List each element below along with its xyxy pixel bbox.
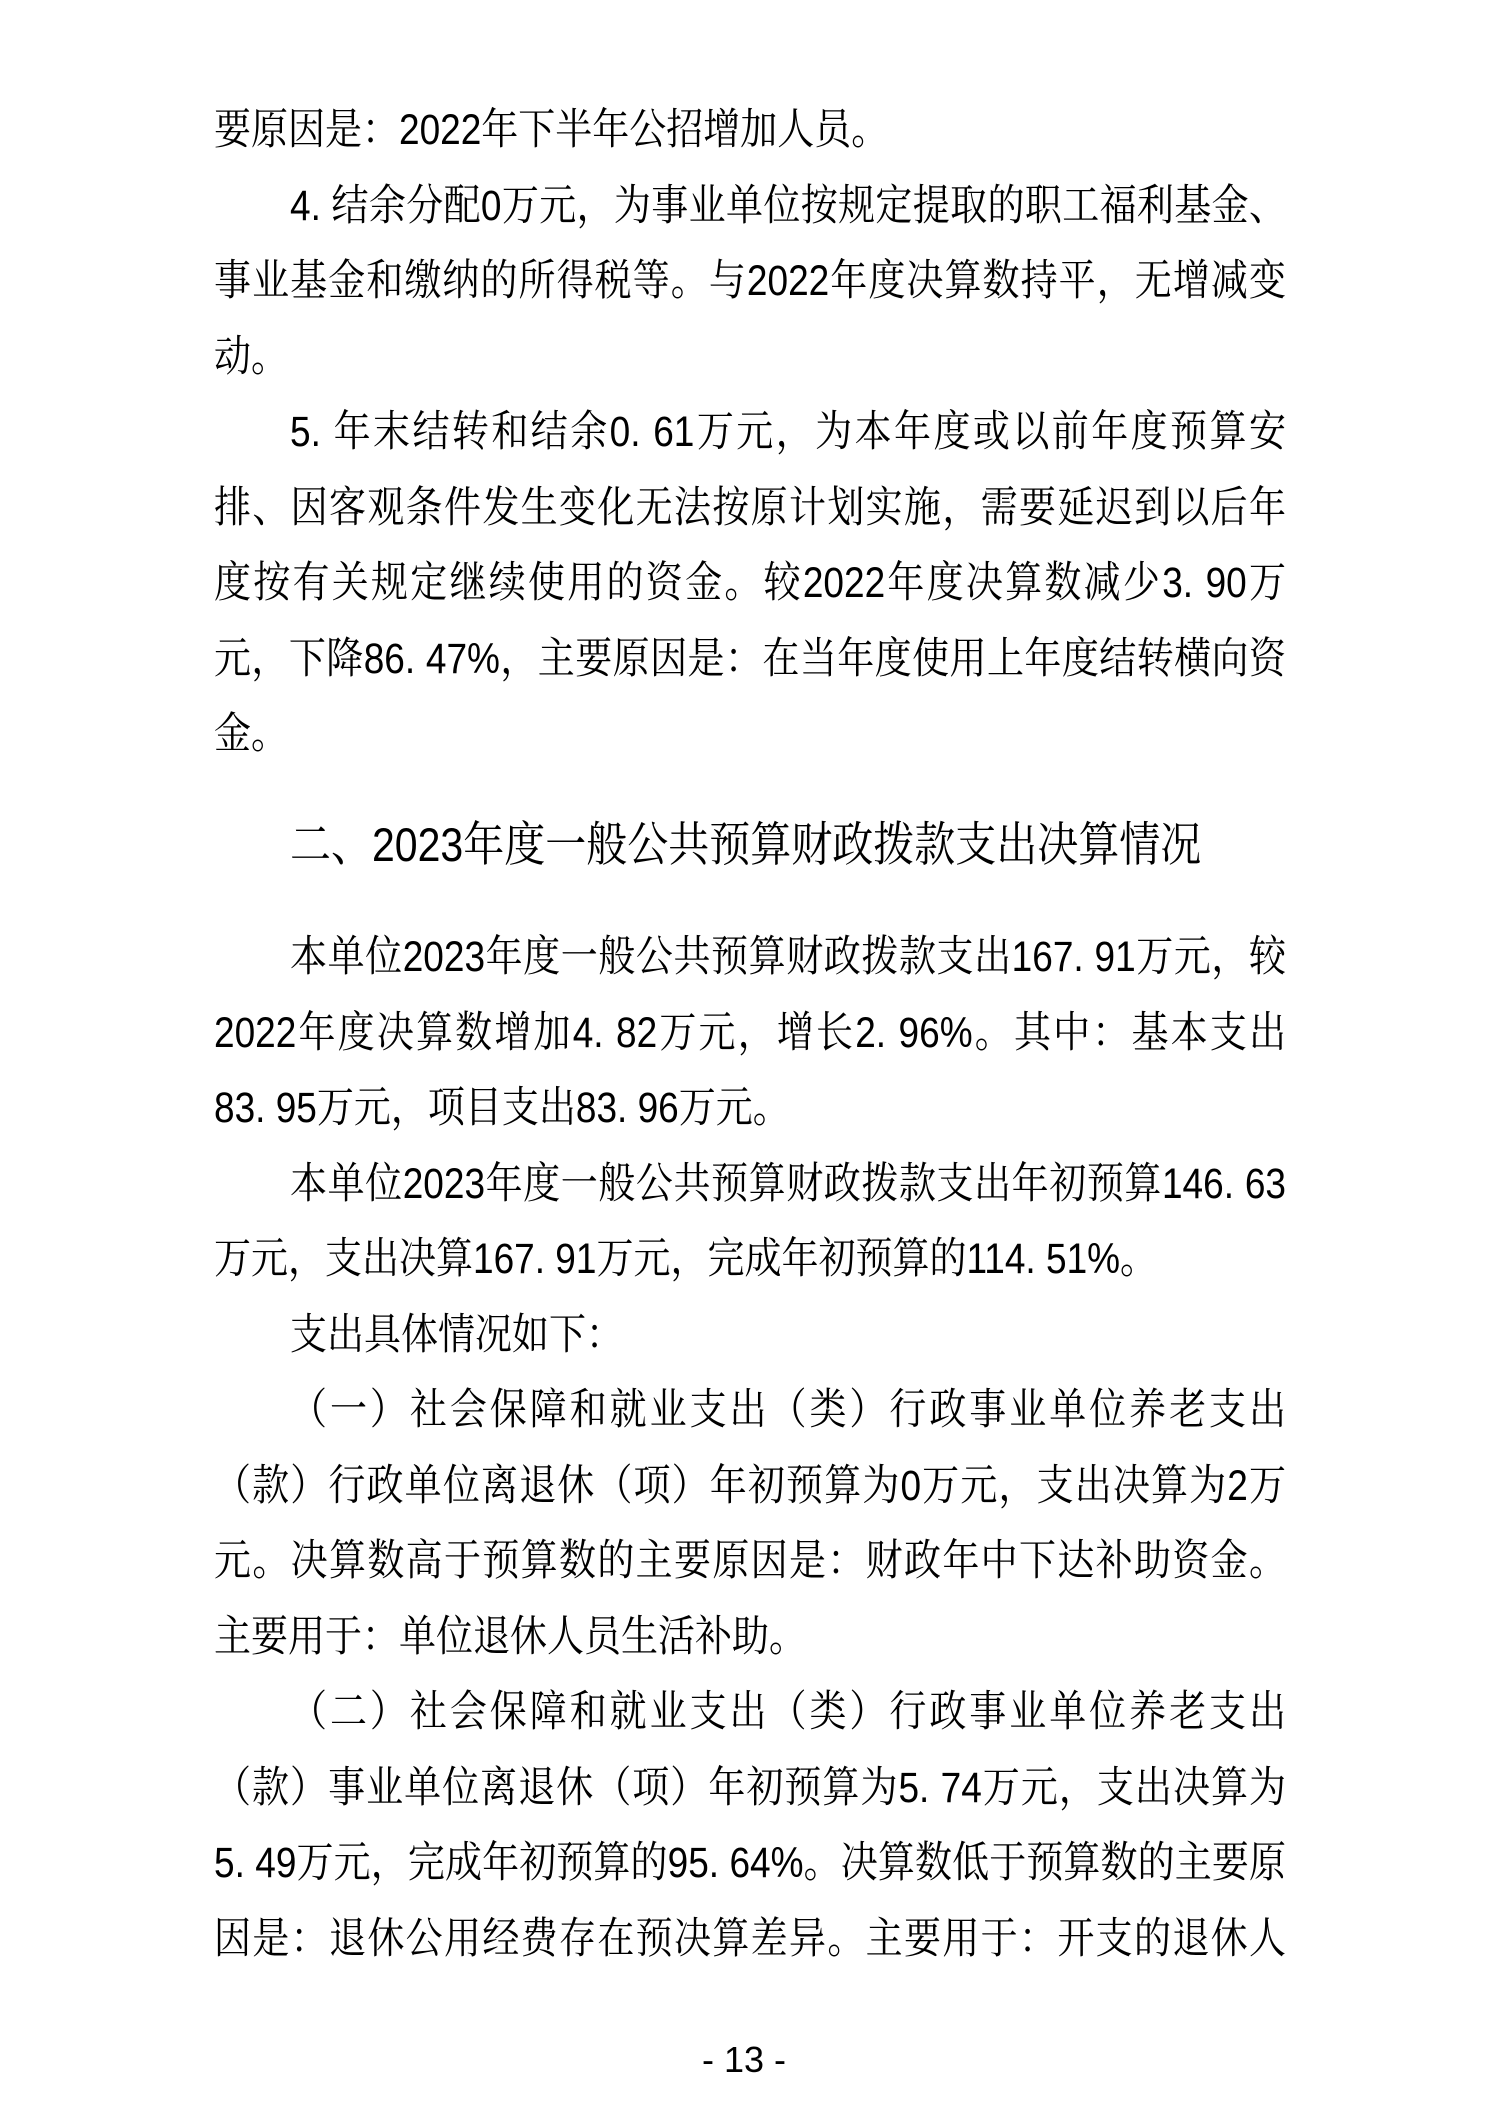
text-line: 排、因客观条件发生变化无法按原计划实施，需要延迟到以后年 bbox=[214, 463, 1286, 551]
text-line: 4. 结余分配0万元，为事业单位按规定提取的职工福利基金、 bbox=[214, 161, 1286, 249]
text-line: 万元，支出决算167. 91万元，完成年初预算的114. 51%。 bbox=[214, 1215, 1286, 1303]
page-number: - 13 - bbox=[0, 2038, 1488, 2082]
text-line: （款）事业单位离退休（项）年初预算为5. 74万元，支出决算为 bbox=[214, 1743, 1286, 1831]
text-line: 因是：退休公用经费存在预决算差异。主要用于：开支的退休人 bbox=[214, 1894, 1286, 1982]
text-line: 要原因是：2022年下半年公招增加人员。 bbox=[214, 86, 1286, 174]
text-line: 83. 95万元，项目支出83. 96万元。 bbox=[214, 1064, 1286, 1152]
document-text-block: 要原因是：2022年下半年公招增加人员。 4. 结余分配0万元，为事业单位按规定… bbox=[214, 92, 1286, 1976]
text-line: 元。决算数高于预算数的主要原因是：财政年中下达补助资金。 bbox=[214, 1517, 1286, 1605]
section-heading: 二、2023年度一般公共预算财政拨款支出决算情况 bbox=[214, 801, 1286, 889]
text-line: 动。 bbox=[214, 312, 1286, 400]
text-line: 主要用于：单位退休人员生活补助。 bbox=[214, 1592, 1286, 1680]
text-line: 支出具体情况如下： bbox=[214, 1290, 1286, 1378]
text-line: 本单位2023年度一般公共预算财政拨款支出年初预算146. 63 bbox=[214, 1139, 1286, 1227]
text-line: （二）社会保障和就业支出（类）行政事业单位养老支出 bbox=[214, 1668, 1286, 1756]
text-line: （一）社会保障和就业支出（类）行政事业单位养老支出 bbox=[214, 1366, 1286, 1454]
text-line: 金。 bbox=[214, 690, 1286, 778]
text-line: 事业基金和缴纳的所得税等。与2022年度决算数持平，无增减变 bbox=[214, 237, 1286, 325]
document-page: 要原因是：2022年下半年公招增加人员。 4. 结余分配0万元，为事业单位按规定… bbox=[0, 0, 1488, 2104]
text-line: 本单位2023年度一般公共预算财政拨款支出167. 91万元，较 bbox=[214, 913, 1286, 1001]
text-line: 5. 49万元，完成年初预算的95. 64%。决算数低于预算数的主要原 bbox=[214, 1819, 1286, 1907]
text-line: 2022年度决算数增加4. 82万元，增长2. 96%。其中：基本支出 bbox=[214, 988, 1286, 1076]
text-line: 元，下降86. 47%，主要原因是：在当年度使用上年度结转横向资 bbox=[214, 614, 1286, 702]
text-line: 度按有关规定继续使用的资金。较2022年度决算数减少3. 90万 bbox=[214, 539, 1286, 627]
text-line: 5. 年末结转和结余0. 61万元，为本年度或以前年度预算安 bbox=[214, 388, 1286, 476]
text-line: （款）行政单位离退休（项）年初预算为0万元，支出决算为2万 bbox=[214, 1441, 1286, 1529]
